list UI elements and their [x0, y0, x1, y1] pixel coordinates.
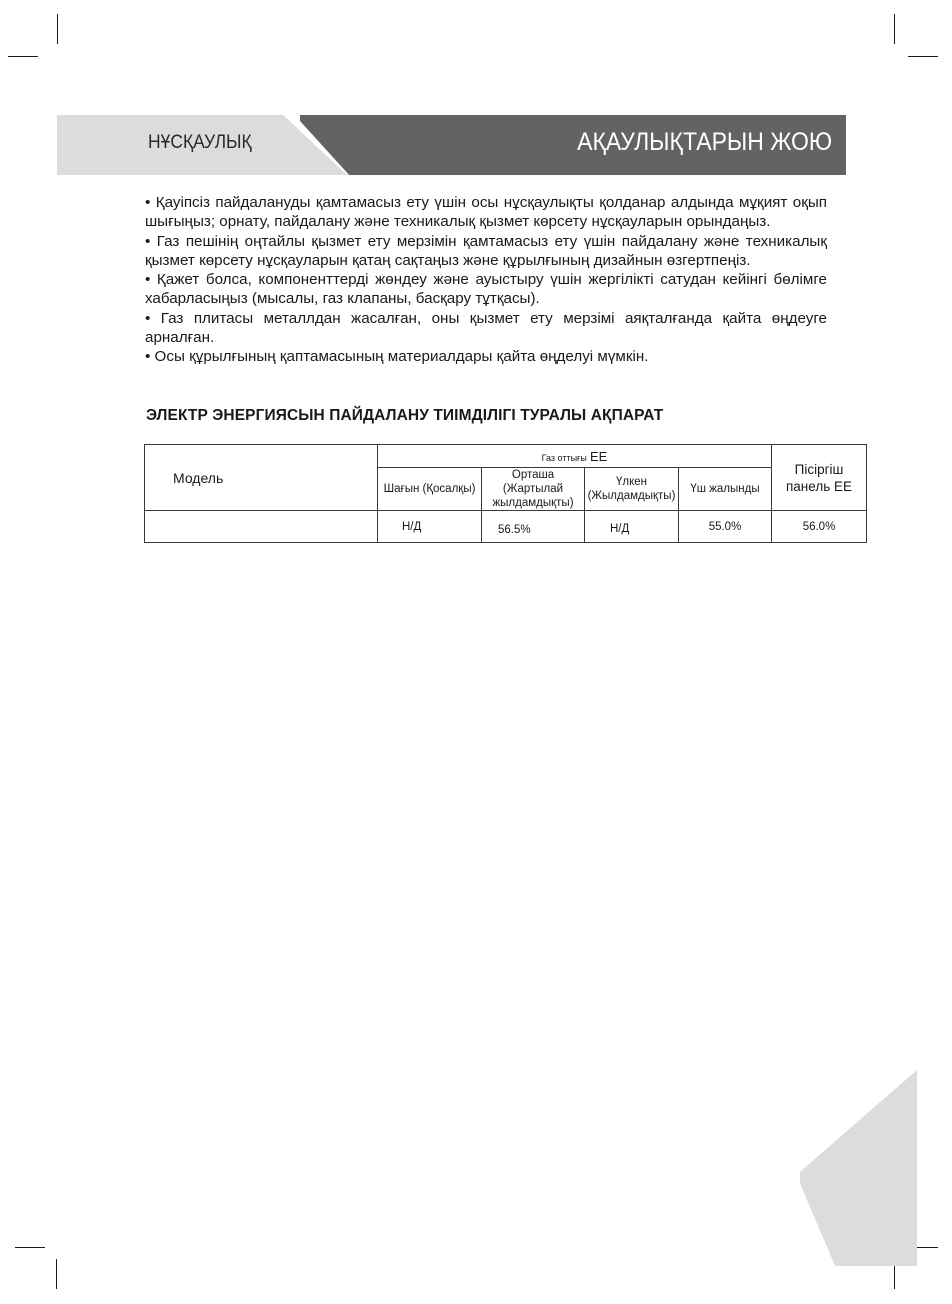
value-cell: 56.5%	[482, 511, 585, 543]
crop-mark	[56, 1259, 57, 1289]
value-cell: Н/Д	[585, 511, 679, 543]
crop-mark	[57, 14, 58, 44]
crop-mark	[15, 1247, 45, 1248]
gas-burner-ee-header: Газ оттығы ЕЕ	[378, 445, 772, 468]
value-cell: Н/Д	[378, 511, 482, 543]
instruction-item: • Қажет болса, компоненттерді жөндеу жән…	[145, 270, 827, 309]
section-header-title: АҚАУЛЫҚТАРЫН ЖОЮ	[577, 128, 832, 157]
instruction-item: • Газ плитасы металлдан жасалған, оны қы…	[145, 309, 827, 348]
energy-efficiency-title: ЭЛЕКТР ЭНЕРГИЯСЫН ПАЙДАЛАНУ ТИІМДІЛІГІ Т…	[146, 407, 663, 425]
model-header: Модель	[145, 445, 378, 511]
manual-label: НҰСҚАУЛЫҚ	[148, 132, 252, 154]
column-header: Орташа (Жартылай жылдамдықты)	[482, 468, 585, 511]
instruction-item: • Осы құрылғының қаптамасының материалда…	[145, 347, 827, 366]
hob-value-cell: 56.0%	[772, 511, 867, 543]
ee-label: ЕЕ	[590, 449, 607, 464]
hob-ee-header: Пісіргіш панель ЕЕ	[772, 445, 867, 511]
instructions-list: • Қауіпсіз пайдалануды қамтамасыз ету үш…	[145, 193, 827, 367]
gas-burner-label: Газ оттығы	[542, 453, 587, 463]
crop-mark	[894, 14, 895, 44]
crop-mark	[8, 56, 38, 57]
energy-efficiency-table: Модель Газ оттығы ЕЕ Пісіргіш панель ЕЕ …	[144, 444, 867, 543]
column-header: Үш жалынды	[679, 468, 772, 511]
model-cell	[145, 511, 378, 543]
column-header: Шағын (Қосалқы)	[378, 468, 482, 511]
instruction-item: • Қауіпсіз пайдалануды қамтамасыз ету үш…	[145, 193, 827, 232]
column-header: Үлкен (Жылдамдықты)	[585, 468, 679, 511]
value-cell: 55.0%	[679, 511, 772, 543]
table-row: Н/Д 56.5% Н/Д 55.0% 56.0%	[145, 511, 867, 543]
page-corner-tab	[800, 1070, 917, 1266]
crop-mark	[908, 56, 938, 57]
instruction-item: • Газ пешінің оңтайлы қызмет ету мерзімі…	[145, 232, 827, 271]
